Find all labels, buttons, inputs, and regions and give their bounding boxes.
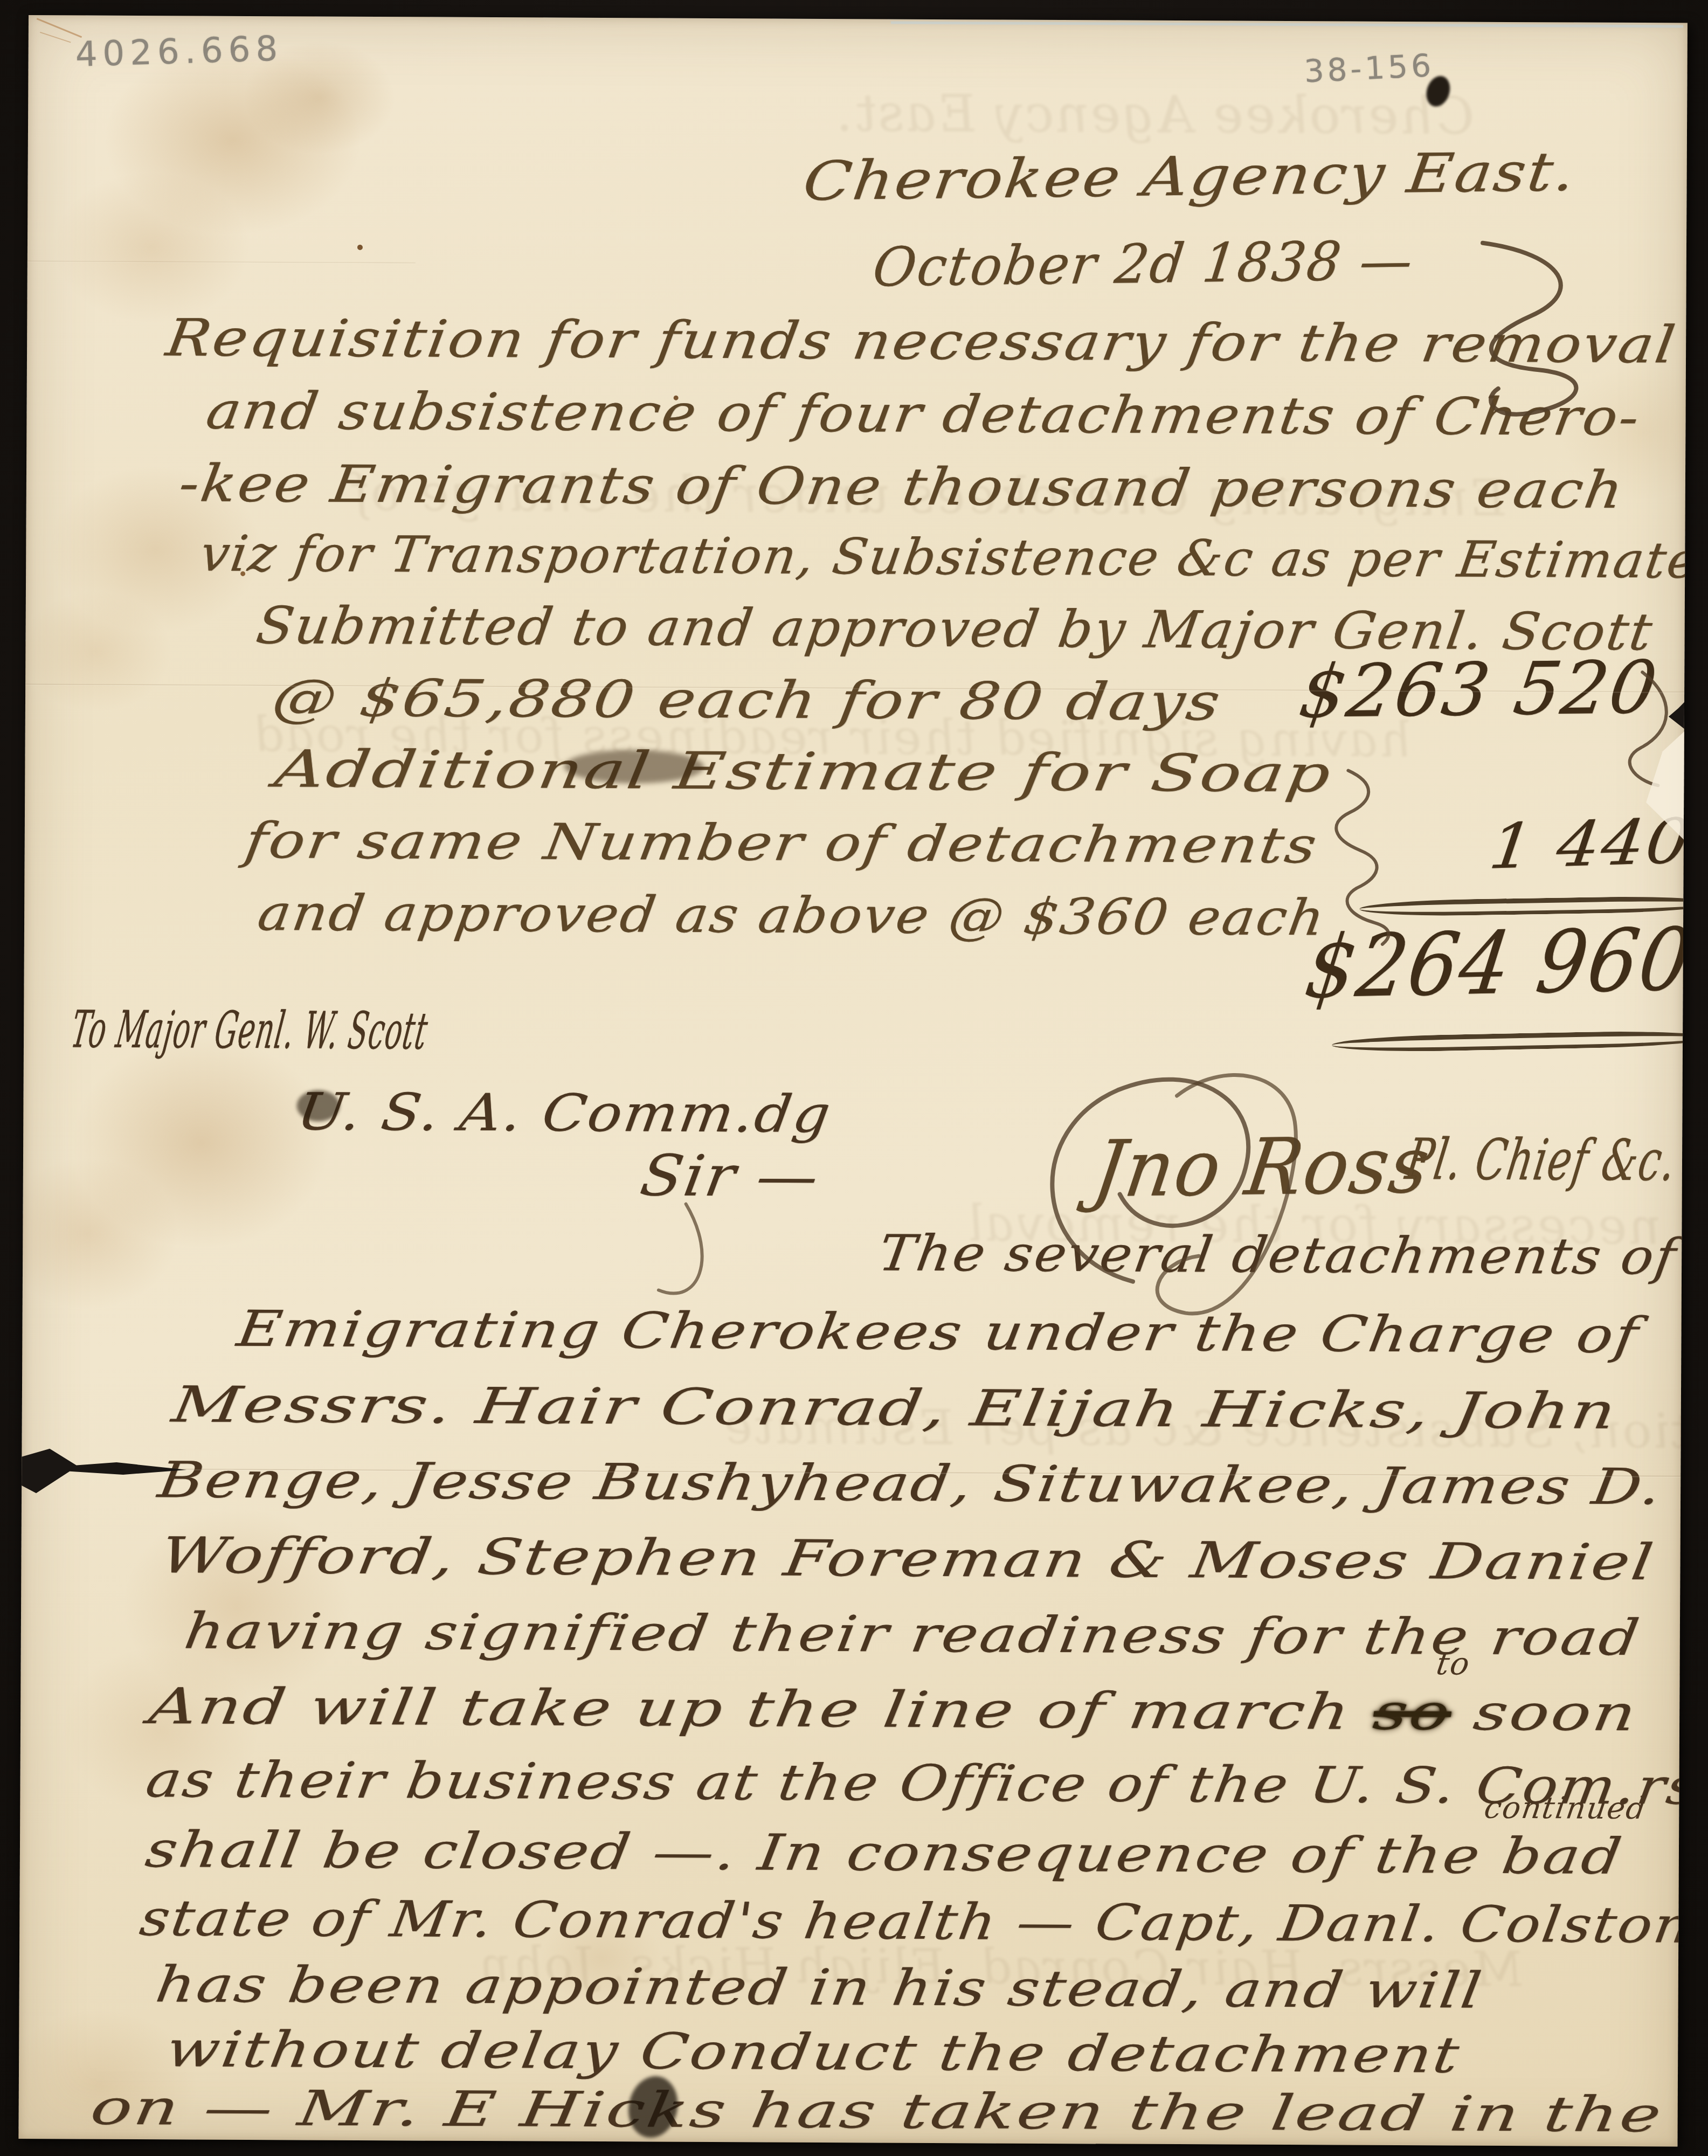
ink-speck <box>357 245 363 250</box>
struck-word: so <box>1370 1683 1456 1742</box>
body-line: on — Mr. E Hicks has taken the lead in t… <box>87 2079 1667 2144</box>
total-rule <box>1332 1029 1688 1053</box>
soap-line: Additional Estimate for Soap <box>271 740 1337 804</box>
bleedthrough-ghost-line: Cherokee Agency East. <box>833 84 1478 146</box>
body-line: has been appointed in his stead, and wil… <box>152 1955 1486 2020</box>
body-line: without delay Conduct the detachment <box>163 2020 1464 2084</box>
fold-crease <box>27 260 416 264</box>
soap-amount: 1 440 <box>1485 805 1688 883</box>
ink-speck <box>674 396 679 400</box>
salutation: Sir — <box>636 1143 825 1209</box>
body-line: Wofford, Stephen Foreman & Moses Daniel <box>157 1526 1658 1591</box>
requisition-line: and subsistence of four detachments of C… <box>203 382 1644 447</box>
corner-scratch <box>40 32 71 43</box>
requisition-line: -kee Emigrants of One thousand persons e… <box>175 454 1628 520</box>
salutation-flourish <box>659 1204 702 1294</box>
address-line: To Major Genl. W. Scott <box>67 1000 432 1061</box>
body-line: having signified their readiness for the… <box>181 1602 1645 1667</box>
rate-line: @ $65,880 each for 80 days <box>268 668 1225 732</box>
body-line: shall be closed —. In consequence of the… <box>142 1821 1627 1885</box>
address-line: U. S. A. Comm.dg <box>294 1082 836 1144</box>
requisition-line: Requisition for funds necessary for the … <box>162 308 1680 375</box>
body-line: The several detachments of <box>875 1225 1681 1286</box>
heading-place-line: Cherokee Agency East. <box>800 140 1580 213</box>
body-line: And will take up the line of march so so… <box>146 1677 1642 1742</box>
soap-line: for same Number of detachments <box>241 812 1322 874</box>
pencil-catalog-number: 4026.668 <box>75 29 283 75</box>
signature-title: Pl. Chief &c. <box>1401 1127 1682 1193</box>
total-amount: $264 960 <box>1300 909 1688 1018</box>
rate-amount: $263 520 <box>1295 645 1664 734</box>
body-line: Benge, Jesse Bushyhead, Situwakee, James… <box>155 1451 1666 1516</box>
pencil-file-number: 38-156 <box>1303 47 1435 89</box>
ink-blot <box>296 1090 340 1121</box>
body-line: Messrs. Hair Conrad, Elijah Hicks, John <box>169 1376 1622 1440</box>
signature-name: Jno Ross <box>1088 1120 1436 1215</box>
heading-date-line: October 2d 1838 — <box>869 229 1417 299</box>
body-line: Emigrating Cherokees under the Charge of <box>233 1300 1643 1364</box>
soap-line: and approved as above @ $360 each <box>254 884 1330 946</box>
body-line-segment: And will take up the line of march <box>146 1677 1378 1741</box>
paper-tear <box>1664 698 1688 731</box>
requisition-line: viz for Transportation, Subsistence &c a… <box>197 525 1688 590</box>
body-line: state of Mr. Conrad's health — Capt, Dan… <box>136 1889 1688 1954</box>
edge-sliver <box>891 22 1683 28</box>
body-line-segment: soon <box>1447 1684 1642 1743</box>
insertion-above-line: continued <box>1482 1791 1649 1826</box>
letter-photo: Cherokee Agency East. Emigrating Cheroke… <box>0 0 1708 2156</box>
insertion-above-line: to <box>1434 1645 1473 1682</box>
body-line: as their business at the Office of the U… <box>142 1751 1688 1815</box>
ink-speck <box>240 571 245 576</box>
manuscript-page: Cherokee Agency East. Emigrating Cheroke… <box>18 15 1688 2146</box>
